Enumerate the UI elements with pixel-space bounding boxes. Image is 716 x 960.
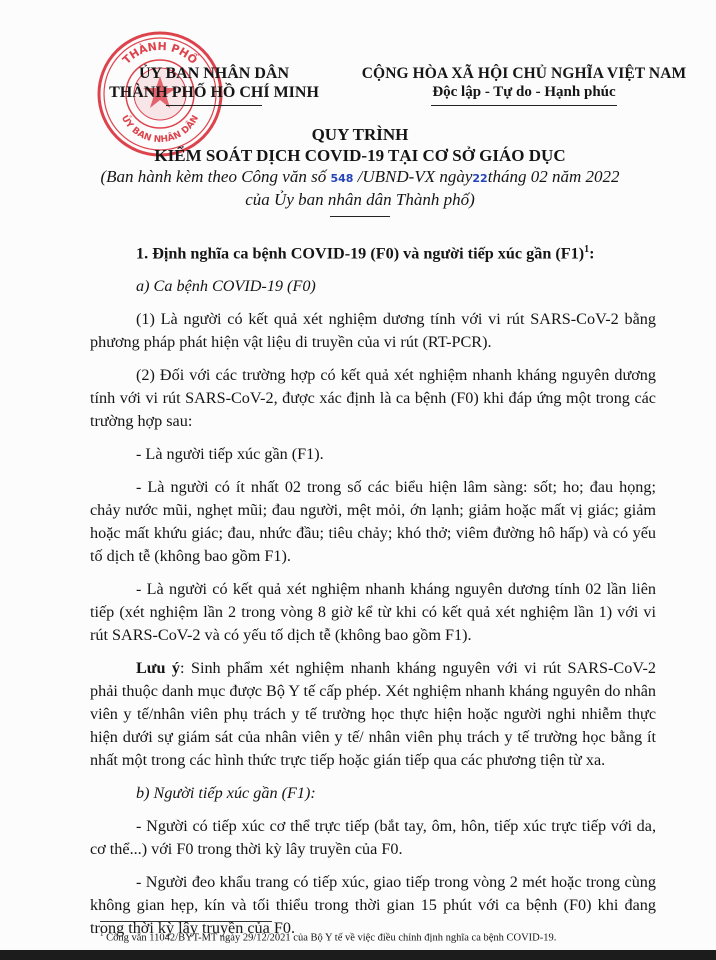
footnote: 1 Công văn 11042/BYT-MT ngày 29/12/2021 … — [100, 928, 700, 945]
issuance-line-2: của Ủy ban nhân dân Thành phố) — [40, 189, 680, 210]
paragraph-1: (1) Là người có kết quả xét nghiệm dương… — [90, 308, 656, 354]
document-title-block: QUY TRÌNH KIỂM SOÁT DỊCH COVID-19 TẠI CƠ… — [40, 124, 680, 217]
viewer-bottom-bar — [0, 950, 716, 960]
subsection-b-heading: b) Người tiếp xúc gần (F1): — [90, 782, 656, 805]
svg-text:THÀNH PHỐ: THÀNH PHỐ — [120, 40, 201, 67]
note-paragraph: Lưu ý: Sinh phẩm xét nghiệm nhanh kháng … — [90, 657, 656, 772]
note-label: Lưu ý — [136, 659, 180, 677]
handwritten-doc-number: 548 — [330, 172, 353, 185]
issuer-line-1: ỦY BAN NHÂN DÂN — [104, 64, 324, 83]
nation-name: CỘNG HÒA XÃ HỘI CHỦ NGHĨA VIỆT NAM — [344, 64, 704, 83]
bullet-item: - Là người có kết quả xét nghiệm nhanh k… — [90, 578, 656, 647]
bullet-item: - Là người có ít nhất 02 trong số các bi… — [90, 476, 656, 568]
national-header: CỘNG HÒA XÃ HỘI CHỦ NGHĨA VIỆT NAM Độc l… — [344, 64, 704, 106]
issuer-underline — [166, 105, 262, 106]
section-heading: 1. Định nghĩa ca bệnh COVID-19 (F0) và n… — [90, 238, 656, 265]
title-divider — [330, 216, 390, 217]
national-motto: Độc lập - Tự do - Hạnh phúc — [344, 83, 704, 102]
bullet-item: - Người có tiếp xúc cơ thể trực tiếp (bắ… — [90, 815, 656, 861]
bullet-item: - Là người tiếp xúc gần (F1). — [90, 443, 656, 466]
document-subject: KIỂM SOÁT DỊCH COVID-19 TẠI CƠ SỞ GIÁO D… — [40, 145, 680, 166]
document-page: THÀNH PHỐ ỦY BAN NHÂN DÂN ỦY BAN NHÂN DÂ… — [0, 0, 716, 950]
issuer-line-2: THÀNH PHỐ HỒ CHÍ MINH — [104, 83, 324, 102]
subsection-a-heading: a) Ca bệnh COVID-19 (F0) — [90, 275, 656, 298]
paragraph-2: (2) Đối với các trường hợp có kết quả xé… — [90, 364, 656, 433]
handwritten-day: 22 — [472, 172, 487, 185]
motto-underline — [431, 105, 617, 106]
footnote-divider — [100, 921, 272, 922]
document-body: 1. Định nghĩa ca bệnh COVID-19 (F0) và n… — [90, 238, 656, 950]
document-title: QUY TRÌNH — [40, 124, 680, 145]
issuance-line: (Ban hành kèm theo Công văn số 548 /UBND… — [40, 166, 680, 189]
issuer-block: ỦY BAN NHÂN DÂN THÀNH PHỐ HỒ CHÍ MINH — [104, 64, 324, 106]
